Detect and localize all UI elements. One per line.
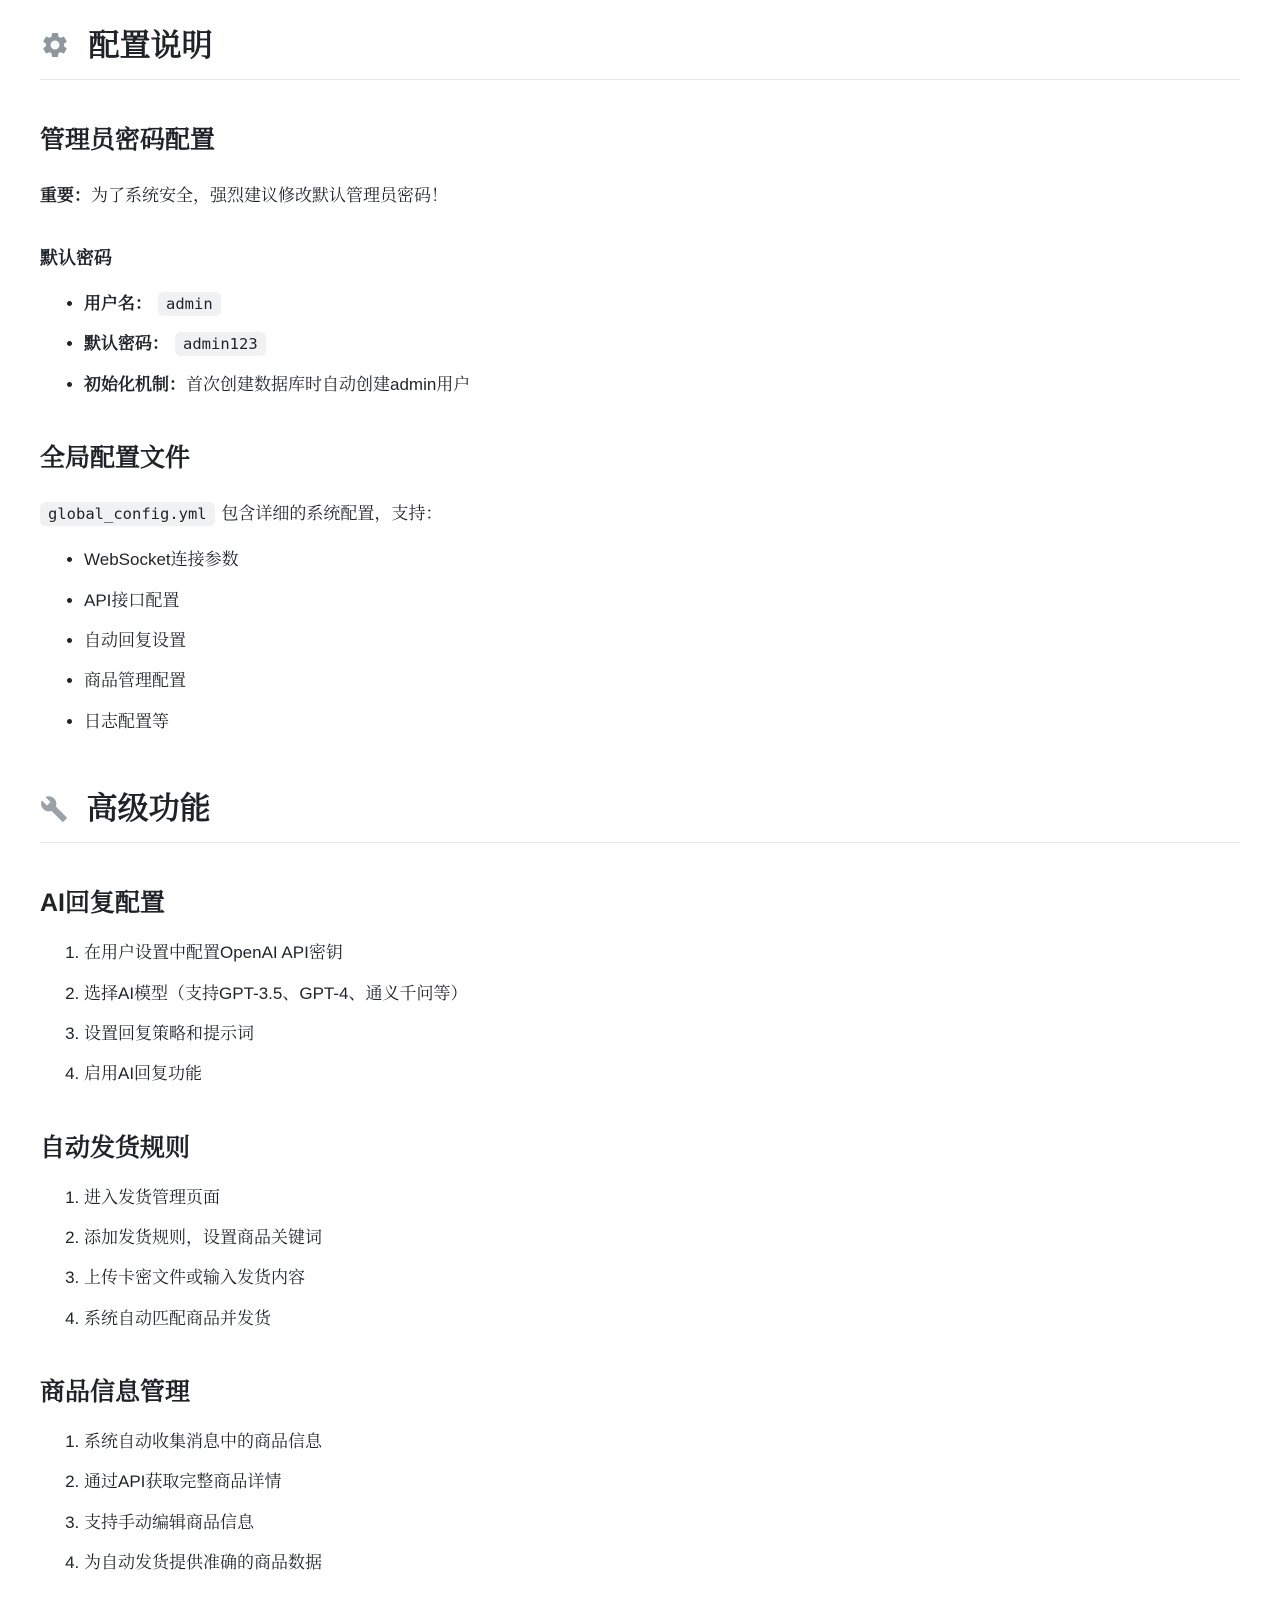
default-password-list: 用户名：admin 默认密码：admin123 初始化机制：首次创建数据库时自动…	[40, 291, 1240, 398]
list-item: API接口配置	[84, 588, 1240, 614]
global-config-list: WebSocket连接参数 API接口配置 自动回复设置 商品管理配置 日志配置…	[40, 547, 1240, 735]
intro-text: 包含详细的系统配置，支持：	[217, 504, 443, 523]
auto-delivery-steps: 进入发货管理页面 添加发货规则，设置商品关键词 上传卡密文件或输入发货内容 系统…	[40, 1185, 1240, 1332]
important-text: 为了系统安全，强烈建议修改默认管理员密码！	[91, 186, 448, 205]
inline-code: admin123	[175, 332, 266, 356]
step-item: 上传卡密文件或输入发货内容	[84, 1265, 1240, 1291]
subheading-ai-reply: AI回复配置	[40, 887, 1240, 920]
step-item: 添加发货规则，设置商品关键词	[84, 1225, 1240, 1251]
step-item: 支持手动编辑商品信息	[84, 1510, 1240, 1536]
section-heading-config: 配置说明	[40, 26, 1240, 80]
inline-code: admin	[158, 292, 221, 316]
subheading-product-info: 商品信息管理	[40, 1376, 1240, 1409]
step-item: 在用户设置中配置OpenAI API密钥	[84, 940, 1240, 966]
step-item: 启用AI回复功能	[84, 1061, 1240, 1087]
section-title-advanced: 高级功能	[87, 791, 211, 826]
step-item: 进入发货管理页面	[84, 1185, 1240, 1211]
step-item: 设置回复策略和提示词	[84, 1021, 1240, 1047]
step-item: 系统自动匹配商品并发货	[84, 1306, 1240, 1332]
section-title-config: 配置说明	[89, 28, 213, 63]
subheading-auto-delivery: 自动发货规则	[40, 1132, 1240, 1165]
item-label: 默认密码：	[84, 334, 169, 353]
wrench-icon	[40, 795, 68, 823]
step-item: 选择AI模型（支持GPT-3.5、GPT-4、通义千问等）	[84, 981, 1240, 1007]
list-item: 商品管理配置	[84, 668, 1240, 694]
ai-reply-steps: 在用户设置中配置OpenAI API密钥 选择AI模型（支持GPT-3.5、GP…	[40, 940, 1240, 1087]
list-item: 用户名：admin	[84, 291, 1240, 317]
list-item: 日志配置等	[84, 709, 1240, 735]
product-info-steps: 系统自动收集消息中的商品信息 通过API获取完整商品详情 支持手动编辑商品信息 …	[40, 1429, 1240, 1576]
item-label: 初始化机制：	[84, 375, 186, 394]
inline-code: global_config.yml	[40, 502, 215, 526]
subheading-admin-password: 管理员密码配置	[40, 124, 1240, 157]
step-item: 系统自动收集消息中的商品信息	[84, 1429, 1240, 1455]
list-item: WebSocket连接参数	[84, 547, 1240, 573]
list-item: 自动回复设置	[84, 628, 1240, 654]
item-text: 首次创建数据库时自动创建admin用户	[186, 375, 470, 394]
list-item: 默认密码：admin123	[84, 331, 1240, 357]
important-label: 重要：	[40, 186, 91, 205]
important-note: 重要：为了系统安全，强烈建议修改默认管理员密码！	[40, 183, 1240, 209]
step-item: 为自动发货提供准确的商品数据	[84, 1550, 1240, 1576]
section-heading-advanced: 高级功能	[40, 789, 1240, 843]
global-config-intro: global_config.yml 包含详细的系统配置，支持：	[40, 501, 1240, 527]
markdown-document: 配置说明 管理员密码配置 重要：为了系统安全，强烈建议修改默认管理员密码！ 默认…	[40, 26, 1240, 1576]
subheading-global-config: 全局配置文件	[40, 442, 1240, 475]
step-item: 通过API获取完整商品详情	[84, 1469, 1240, 1495]
gear-icon	[40, 30, 70, 60]
item-label: 用户名：	[84, 294, 152, 313]
list-item: 初始化机制：首次创建数据库时自动创建admin用户	[84, 372, 1240, 398]
subheading-default-password: 默认密码	[40, 246, 1240, 271]
